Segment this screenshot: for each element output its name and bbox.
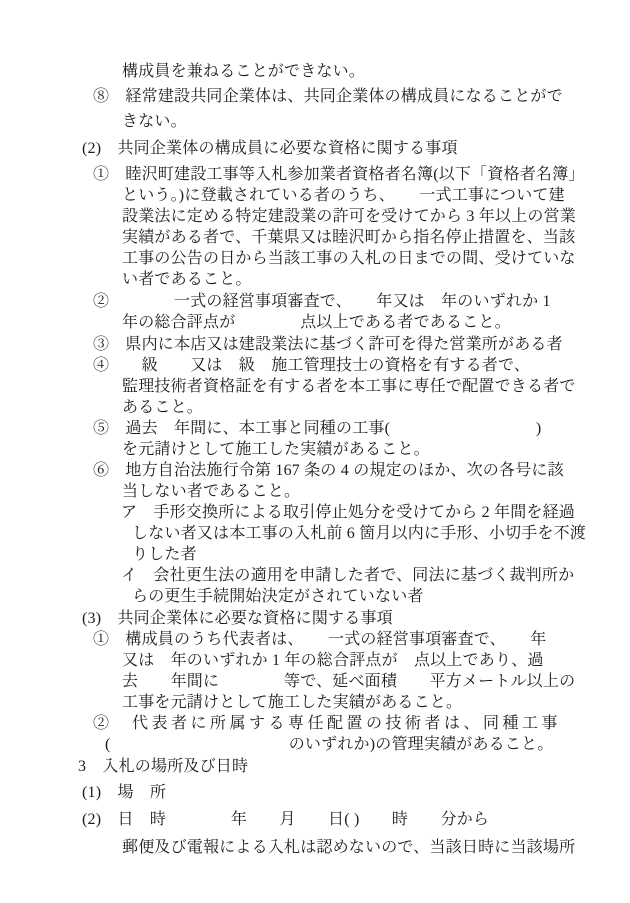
doc-line: ① 構成員のうち代表者は、 一式の経営事項審査で、 年 (93, 629, 546, 650)
doc-line: ( のいずれか)の管理実績があること。 (105, 734, 553, 755)
doc-line: しない者又は本工事の入札前 6 箇月以内に手形、小切手を不渡 (132, 523, 586, 544)
doc-line: 3 入札の場所及び日時 (78, 756, 248, 777)
doc-line: 去 年間に 等で、延べ面積 平方メートル以上の (122, 671, 575, 692)
doc-line: ⑧ 経常建設共同企業体は、共同企業体の構成員になることがで (93, 86, 563, 107)
doc-line: きない。 (122, 111, 187, 132)
doc-line: ① 睦沢町建設工事等入札参加業者資格者名簿(以下「資格者名簿」 (93, 164, 585, 185)
doc-line: 工事を元請けとして施工した実績があること。 (122, 692, 462, 713)
doc-line: (1) 場 所 (82, 782, 166, 803)
doc-line: 工事の公告の日から当該工事の入札の日までの間、受けていな (122, 248, 576, 269)
doc-line: い者であること。 (122, 269, 252, 290)
doc-line: 実績がある者で、千葉県又は睦沢町から指名停止措置を、当該 (122, 227, 575, 248)
doc-line: ⑤ 過去 年間に、本工事と同種の工事( ) (93, 418, 541, 439)
doc-line: (3) 共同企業体に必要な資格に関する事項 (82, 608, 393, 629)
doc-line: ② 一式の経営事項審査で、 年又は 年のいずれか 1 (93, 291, 551, 312)
doc-line: 構成員を兼ねることができない。 (122, 61, 365, 82)
doc-line: 年の総合評点が 点以上である者であること。 (122, 312, 511, 333)
doc-line: あること。 (122, 397, 203, 418)
doc-line: ④ 級 又は 級 施工管理技士の資格を有する者で、 (93, 355, 530, 376)
doc-line: を元請けとして施工した実績があること。 (122, 439, 430, 460)
doc-line: らの更生手続開始決定がされていない者 (132, 586, 424, 607)
doc-line: 郵便及び電報による入札は認めないので、当該日時に当該場所 (122, 837, 575, 858)
document-page: 構成員を兼ねることができない。⑧ 経常建設共同企業体は、共同企業体の構成員になる… (0, 0, 630, 903)
doc-line: 監理技術者資格証を有する者を本工事に専任で配置できる者で (122, 376, 576, 397)
doc-line: ③ 県内に本店又は建設業法に基づく許可を得た営業所がある者 (93, 334, 563, 355)
doc-line: という。)に登載されている者のうち、 一式工事について建 (122, 185, 565, 206)
doc-line: りした者 (132, 544, 197, 565)
doc-line: ② 代表者に所属する専任配置の技術者は、同種工事 (93, 713, 561, 734)
doc-line: 又は 年のいずれか 1 年の総合評点が 点以上であり、過 (122, 650, 544, 671)
doc-line: (2) 日 時 年 月 日( ) 時 分から (82, 809, 489, 830)
doc-line: 設業法に定める特定建設業の許可を受けてから 3 年以上の営業 (122, 206, 576, 227)
doc-line: 当しない者であること。 (122, 481, 300, 502)
doc-line: ア 手形交換所による取引停止処分を受けてから 2 年間を経過 (121, 502, 575, 523)
doc-line: (2) 共同企業体の構成員に必要な資格に関する事項 (82, 138, 458, 159)
doc-line: ⑥ 地方自治法施行令第 167 条の 4 の規定のほか、次の各号に該 (93, 460, 564, 481)
doc-line: イ 会社更生法の適用を申請した者で、同法に基づく裁判所か (121, 565, 574, 586)
